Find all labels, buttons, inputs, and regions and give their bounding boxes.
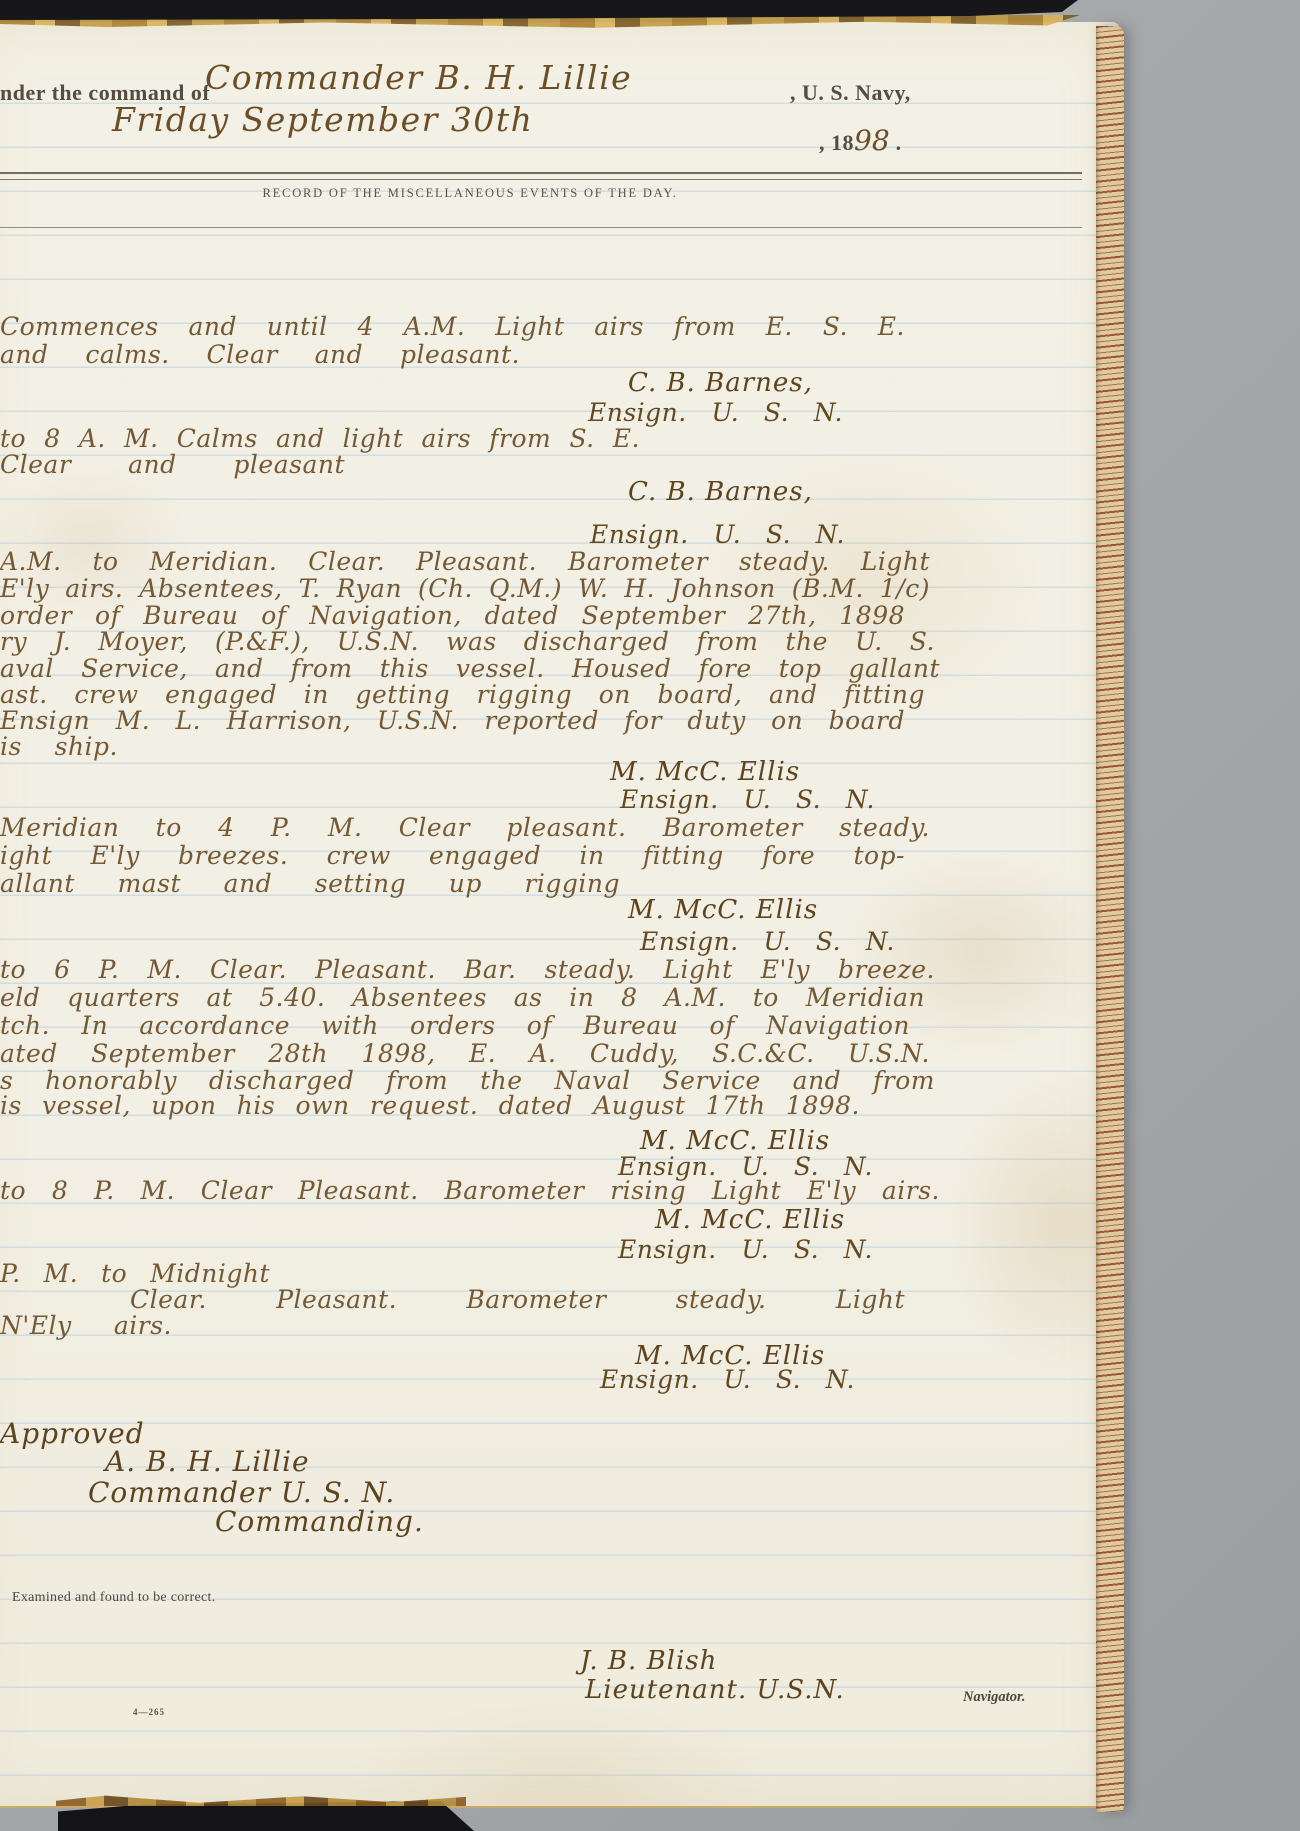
log-entry-5-line-3: tch. In accordance with orders of Bureau… — [0, 1013, 910, 1039]
navigator-rank: Lieutenant. U.S.N. — [585, 1675, 845, 1705]
log-entry-3-line-8: is ship. — [0, 734, 118, 760]
log-entry-5-line-6: is vessel, upon his own request. dated A… — [0, 1093, 860, 1119]
log-entry-7-signature-title: Ensign. U. S. N. — [600, 1365, 855, 1394]
log-entry-2-signature-title: Ensign. U. S. N. — [590, 520, 845, 549]
log-entry-7-line-3: N'Ely airs. — [0, 1313, 172, 1339]
section-title: RECORD OF THE MISCELLANEOUS EVENTS OF TH… — [0, 186, 940, 201]
log-entry-4-signature-title: Ensign. U. S. N. — [640, 927, 895, 956]
log-entry-3-signature: M. McC. Ellis — [610, 757, 800, 787]
log-entry-4-signature: M. McC. Ellis — [628, 895, 818, 925]
page-fore-edge — [1096, 26, 1124, 1812]
log-entry-3-line-3: order of Bureau of Navigation, dated Sep… — [0, 603, 905, 629]
log-entry-2-line-2: Clear and pleasant — [0, 452, 345, 478]
examined-statement: Examined and found to be correct. — [12, 1590, 216, 1606]
log-entry-1-line-1: Commences and until 4 A.M. Light airs fr… — [0, 314, 905, 340]
log-entry-6-line-1: to 8 P. M. Clear Pleasant. Barometer ris… — [0, 1178, 940, 1204]
log-entry-7-line-1: P. M. to Midnight — [0, 1261, 270, 1287]
navigator-signature: J. B. Blish — [580, 1646, 717, 1676]
form-number: 4—265 — [133, 1707, 165, 1717]
log-entry-3-line-4: ry J. Moyer, (P.&F.), U.S.N. was dischar… — [0, 629, 935, 655]
date-handwritten: Friday September 30th — [112, 100, 533, 139]
log-entry-7-line-2: Clear. Pleasant. Barometer steady. Light — [130, 1287, 905, 1313]
log-entry-3-line-5: aval Service, and from this vessel. Hous… — [0, 656, 940, 682]
year-handwritten: 98 — [854, 124, 890, 157]
approval-signature: A. B. H. Lillie — [105, 1445, 310, 1478]
header-thin-rule — [0, 227, 1082, 228]
log-entry-3-line-7: Ensign M. L. Harrison, U.S.N. reported f… — [0, 708, 905, 734]
printed-navigator-label: Navigator. — [963, 1689, 1025, 1706]
log-entry-3-line-2: E'ly airs. Absentees, T. Ryan (Ch. Q.M.)… — [0, 576, 930, 602]
year-group: , 1898 . — [795, 106, 902, 175]
commander-name-handwritten: Commander B. H. Lillie — [205, 58, 632, 97]
log-entry-5-line-2: eld quarters at 5.40. Absentees as in 8 … — [0, 985, 925, 1011]
log-entry-1-signature-title: Ensign. U. S. N. — [588, 398, 843, 427]
log-entry-3-line-1: A.M. to Meridian. Clear. Pleasant. Barom… — [0, 549, 930, 575]
log-entry-1-line-2: and calms. Clear and pleasant. — [0, 342, 520, 368]
printed-year-prefix: , 18 — [819, 130, 854, 155]
log-entry-5-line-4: ated September 28th 1898, E. A. Cuddy, S… — [0, 1041, 930, 1067]
printed-us-navy: , U. S. Navy, — [790, 80, 911, 106]
log-entry-4-line-1: Meridian to 4 P. M. Clear pleasant. Baro… — [0, 815, 930, 841]
header-double-rule — [0, 172, 1082, 180]
log-entry-2-line-1: to 8 A. M. Calms and light airs from S. … — [0, 426, 640, 452]
log-entry-4-line-3: allant mast and setting up rigging — [0, 871, 620, 897]
log-entry-2-signature: C. B. Barnes, — [628, 477, 813, 507]
log-entry-1-signature: C. B. Barnes, — [628, 368, 813, 398]
printed-year-period: . — [890, 130, 902, 155]
log-entry-6-signature-title: Ensign. U. S. N. — [618, 1235, 873, 1264]
log-entry-5-line-1: to 6 P. M. Clear. Pleasant. Bar. steady.… — [0, 957, 935, 983]
log-entry-6-signature: M. McC. Ellis — [655, 1205, 845, 1235]
log-entry-3-line-6: ast. crew engaged in getting rigging on … — [0, 682, 925, 708]
approval-role: Commanding. — [215, 1505, 424, 1538]
log-entry-3-signature-title: Ensign. U. S. N. — [620, 785, 875, 814]
logbook-photo: nder the command of Commander B. H. Lill… — [0, 0, 1300, 1831]
log-entry-4-line-2: ight E'ly breezes. crew engaged in fitti… — [0, 843, 905, 869]
